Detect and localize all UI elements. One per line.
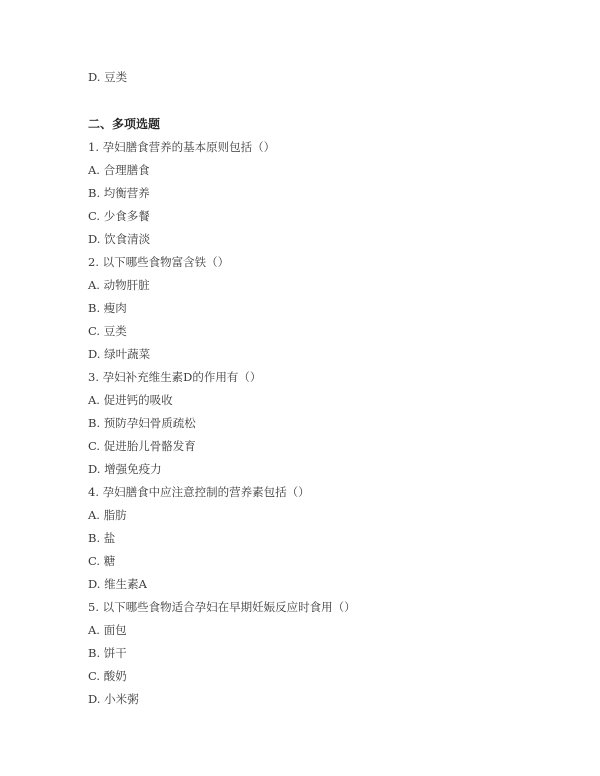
option-c: C. 酸奶: [88, 667, 568, 690]
option-c: C. 少食多餐: [88, 207, 568, 230]
question-5: 5. 以下哪些食物适合孕妇在早期妊娠反应时食用（） A. 面包 B. 饼干 C.…: [88, 598, 568, 713]
option-b: B. 预防孕妇骨质疏松: [88, 414, 568, 437]
option-a: A. 面包: [88, 621, 568, 644]
option-d: D. 维生素A: [88, 575, 568, 598]
question-stem: 3. 孕妇补充维生素D的作用有（）: [88, 368, 568, 391]
option-a: A. 脂肪: [88, 506, 568, 529]
question-1: 1. 孕妇膳食营养的基本原则包括（） A. 合理膳食 B. 均衡营养 C. 少食…: [88, 138, 568, 253]
option-c: C. 糖: [88, 552, 568, 575]
option-d: D. 饮食清淡: [88, 230, 568, 253]
prev-question-option-d: D. 豆类: [88, 68, 568, 91]
option-d: D. 增强免疫力: [88, 460, 568, 483]
option-d: D. 绿叶蔬菜: [88, 345, 568, 368]
option-b: B. 均衡营养: [88, 184, 568, 207]
option-a: A. 合理膳食: [88, 161, 568, 184]
section-heading: 二、多项选题: [88, 115, 568, 138]
question-stem: 1. 孕妇膳食营养的基本原则包括（）: [88, 138, 568, 161]
section-spacer: [88, 91, 568, 115]
question-4: 4. 孕妇膳食中应注意控制的营养素包括（） A. 脂肪 B. 盐 C. 糖 D.…: [88, 483, 568, 598]
option-b: B. 瘦肉: [88, 299, 568, 322]
option-c: C. 促进胎儿骨骼发育: [88, 437, 568, 460]
option-c: C. 豆类: [88, 322, 568, 345]
question-stem: 4. 孕妇膳食中应注意控制的营养素包括（）: [88, 483, 568, 506]
option-d: D. 小米粥: [88, 690, 568, 713]
question-stem: 2. 以下哪些食物富含铁（）: [88, 253, 568, 276]
document-page: D. 豆类 二、多项选题 1. 孕妇膳食营养的基本原则包括（） A. 合理膳食 …: [88, 68, 568, 713]
option-a: A. 动物肝脏: [88, 276, 568, 299]
option-b: B. 饼干: [88, 644, 568, 667]
option-a: A. 促进钙的吸收: [88, 391, 568, 414]
question-stem: 5. 以下哪些食物适合孕妇在早期妊娠反应时食用（）: [88, 598, 568, 621]
option-b: B. 盐: [88, 529, 568, 552]
question-3: 3. 孕妇补充维生素D的作用有（） A. 促进钙的吸收 B. 预防孕妇骨质疏松 …: [88, 368, 568, 483]
question-2: 2. 以下哪些食物富含铁（） A. 动物肝脏 B. 瘦肉 C. 豆类 D. 绿叶…: [88, 253, 568, 368]
